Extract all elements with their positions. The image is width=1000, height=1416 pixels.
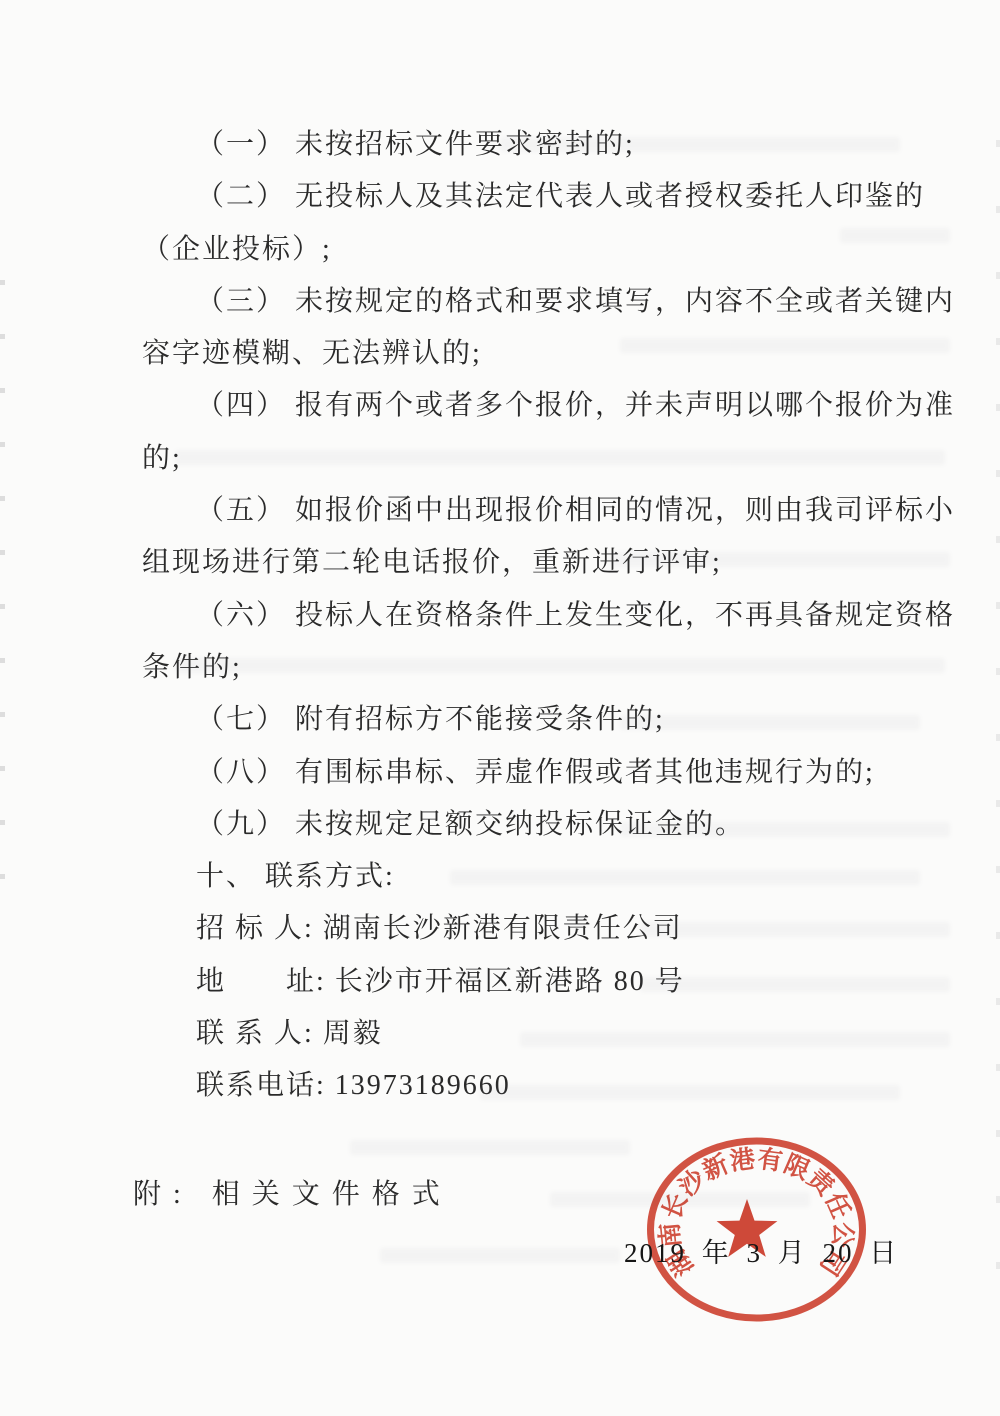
bleedthrough-mark [840, 228, 950, 243]
bleedthrough-mark [620, 715, 920, 730]
scan-edge-artifact [0, 280, 5, 880]
scan-edge-artifact [996, 140, 1000, 1270]
bleedthrough-mark [520, 1032, 950, 1047]
bleedthrough-mark [450, 870, 920, 885]
bleedthrough-mark [610, 552, 950, 567]
text-line: （企业投标）; [142, 224, 922, 276]
bleedthrough-mark [640, 977, 950, 992]
bleedthrough-mark [620, 338, 950, 353]
bleedthrough-mark [380, 1248, 620, 1263]
bleedthrough-mark [175, 450, 945, 465]
bleedthrough-mark [480, 1085, 900, 1100]
date-line: 2019 年 3 月 20 日 [624, 1231, 898, 1270]
text-line: （二） 无投标人及其法定代表人或者授权委托人印鉴的 [142, 171, 922, 223]
bleedthrough-mark [500, 137, 900, 152]
bleedthrough-mark [350, 1140, 630, 1155]
bleedthrough-mark [175, 658, 945, 673]
text-line: （六） 投标人在资格条件上发生变化，不再具备规定资格 [142, 590, 922, 642]
scanned-document-page: （一） 未按招标文件要求密封的;（二） 无投标人及其法定代表人或者授权委托人印鉴… [0, 0, 1000, 1416]
text-line: （三） 未按规定的格式和要求填写，内容不全或者关键内 [142, 276, 922, 328]
document-body: （一） 未按招标文件要求密封的;（二） 无投标人及其法定代表人或者授权委托人印鉴… [142, 119, 922, 1113]
text-line: （四） 报有两个或者多个报价，并未声明以哪个报价为准 [142, 380, 922, 432]
text-line: 容字迹模糊、无法辨认的; [142, 328, 922, 380]
text-line: （八） 有围标串标、弄虚作假或者其他违规行为的; [142, 747, 922, 799]
bleedthrough-mark [620, 822, 950, 837]
text-line: （五） 如报价函中出现报价相同的情况，则由我司评标小 [142, 485, 922, 537]
attachment-note: 附: 相关文件格式 [133, 1172, 452, 1212]
bleedthrough-mark [640, 922, 950, 937]
